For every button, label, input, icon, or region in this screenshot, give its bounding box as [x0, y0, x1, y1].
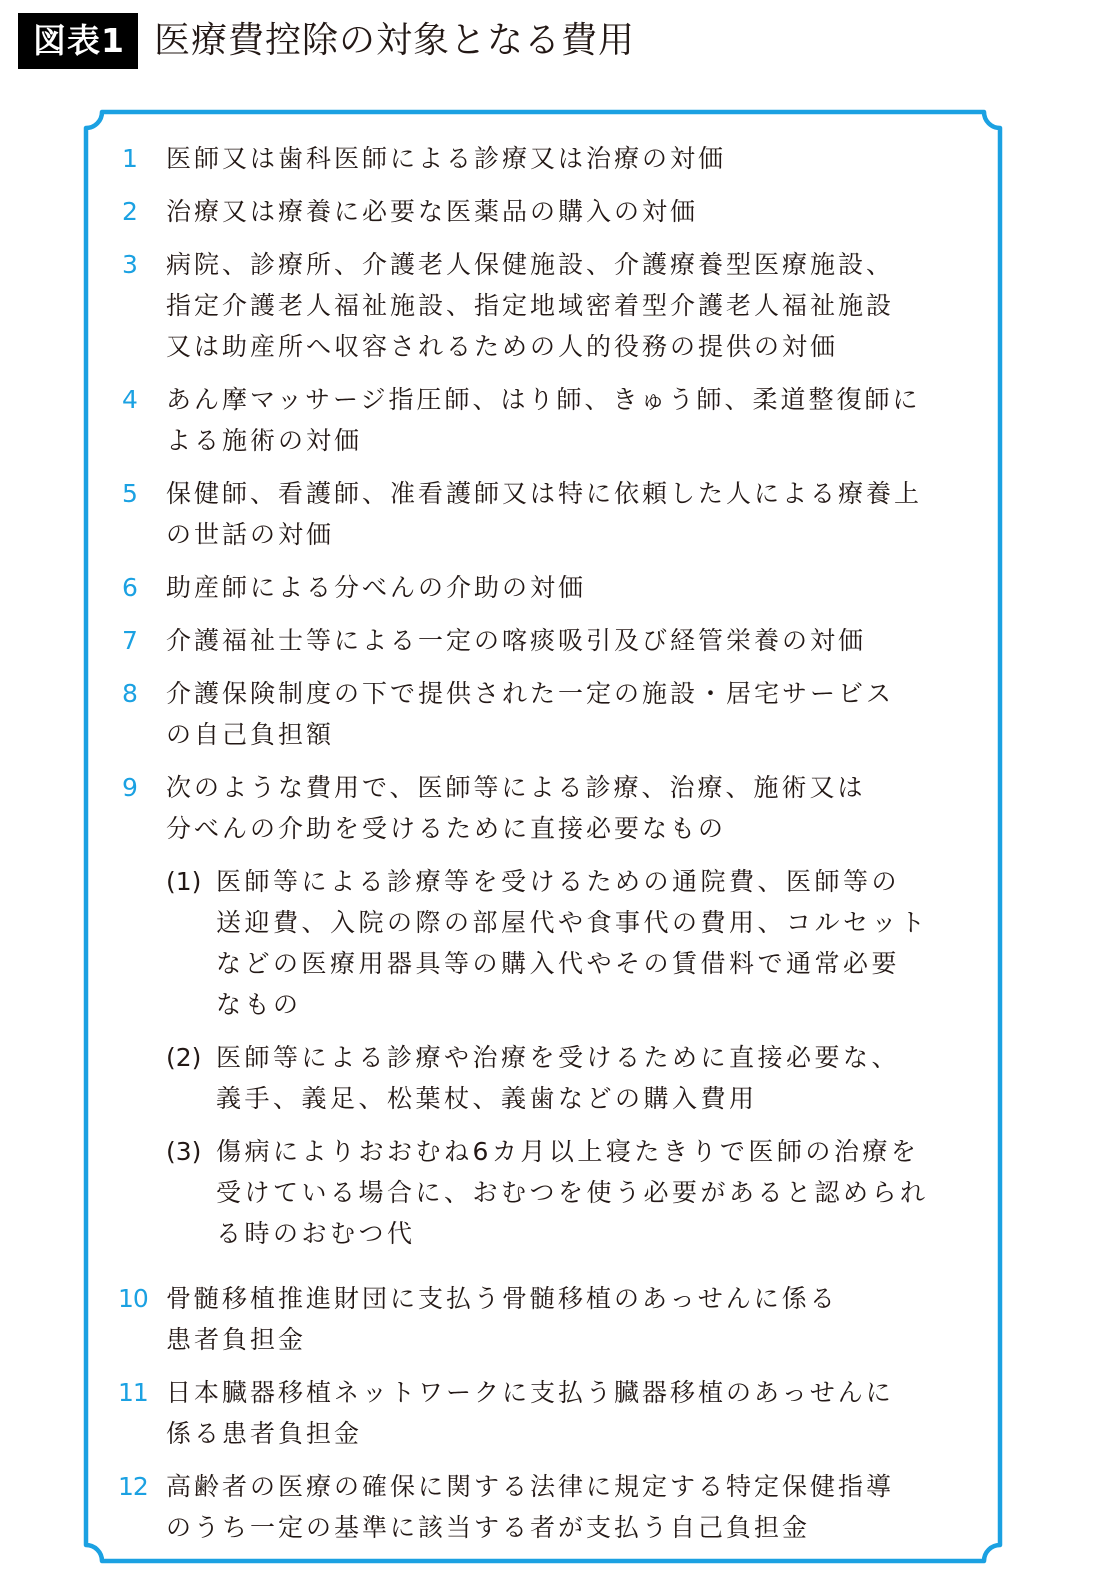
- sub-item-text: 医師等による診療や治療を受けるために直接必要な、義手、義足、松葉杖、義歯などの購…: [216, 1037, 900, 1119]
- sub-item-text-line: 受けている場合に、おむつを使う必要があると認められ: [216, 1172, 929, 1213]
- sub-item-list: (1)医師等による診療等を受けるための通院費、医師等の送迎費、入院の際の部屋代や…: [166, 861, 929, 1266]
- item-text-line: 患者負担金: [166, 1319, 838, 1360]
- sub-item-number: (2): [166, 1037, 216, 1078]
- expense-list: 1医師又は歯科医師による診療又は治療の対価2治療又は療養に必要な医薬品の購入の対…: [118, 138, 978, 1560]
- item-number: 8: [118, 673, 166, 714]
- list-item: 6助産師による分べんの介助の対価: [118, 567, 978, 608]
- sub-item: (3)傷病によりおおむね6カ月以上寝たきりで医師の治療を受けている場合に、おむつ…: [166, 1131, 929, 1254]
- sub-item: (1)医師等による診療等を受けるための通院費、医師等の送迎費、入院の際の部屋代や…: [166, 861, 929, 1025]
- item-text-line: 助産師による分べんの介助の対価: [166, 567, 586, 608]
- sub-item-text-line: 医師等による診療や治療を受けるために直接必要な、: [216, 1037, 900, 1078]
- item-text-line: 保健師、看護師、准看護師又は特に依頼した人による療養上: [166, 473, 922, 514]
- item-text: 介護保険制度の下で提供された一定の施設・居宅サービスの自己負担額: [166, 673, 894, 755]
- list-item: 3病院、診療所、介護老人保健施設、介護療養型医療施設、指定介護老人福祉施設、指定…: [118, 244, 978, 367]
- sub-item-number: (1): [166, 861, 216, 902]
- item-text: 病院、診療所、介護老人保健施設、介護療養型医療施設、指定介護老人福祉施設、指定地…: [166, 244, 894, 367]
- sub-item-text-line: 傷病によりおおむね6カ月以上寝たきりで医師の治療を: [216, 1131, 929, 1172]
- item-text-line: あん摩マッサージ指圧師、はり師、きゅう師、柔道整復師に: [166, 379, 921, 420]
- list-item: 8介護保険制度の下で提供された一定の施設・居宅サービスの自己負担額: [118, 673, 978, 755]
- item-text-line: 骨髄移植推進財団に支払う骨髄移植のあっせんに係る: [166, 1278, 838, 1319]
- list-item: 4あん摩マッサージ指圧師、はり師、きゅう師、柔道整復師による施術の対価: [118, 379, 978, 461]
- item-number: 9: [118, 767, 166, 808]
- item-text: 高齢者の医療の確保に関する法律に規定する特定保健指導のうち一定の基準に該当する者…: [166, 1466, 894, 1548]
- item-text: 助産師による分べんの介助の対価: [166, 567, 586, 608]
- list-item: 5保健師、看護師、准看護師又は特に依頼した人による療養上の世話の対価: [118, 473, 978, 555]
- item-text-line: よる施術の対価: [166, 420, 921, 461]
- item-text-line: のうち一定の基準に該当する者が支払う自己負担金: [166, 1507, 894, 1548]
- item-text-line: 治療又は療養に必要な医薬品の購入の対価: [166, 191, 698, 232]
- item-text-line: の世話の対価: [166, 514, 922, 555]
- item-number: 12: [118, 1466, 166, 1507]
- item-text-line: 介護保険制度の下で提供された一定の施設・居宅サービス: [166, 673, 894, 714]
- item-text: 介護福祉士等による一定の喀痰吸引及び経管栄養の対価: [166, 620, 866, 661]
- item-number: 4: [118, 379, 166, 420]
- item-number: 10: [118, 1278, 166, 1319]
- item-number: 5: [118, 473, 166, 514]
- item-text-line: の自己負担額: [166, 714, 894, 755]
- sub-item-text-line: 医師等による診療等を受けるための通院費、医師等の: [216, 861, 929, 902]
- item-text-line: 高齢者の医療の確保に関する法律に規定する特定保健指導: [166, 1466, 894, 1507]
- item-number: 7: [118, 620, 166, 661]
- item-text: 治療又は療養に必要な医薬品の購入の対価: [166, 191, 698, 232]
- list-item: 7介護福祉士等による一定の喀痰吸引及び経管栄養の対価: [118, 620, 978, 661]
- list-item: 12高齢者の医療の確保に関する法律に規定する特定保健指導のうち一定の基準に該当す…: [118, 1466, 978, 1548]
- sub-item-text: 医師等による診療等を受けるための通院費、医師等の送迎費、入院の際の部屋代や食事代…: [216, 861, 929, 1025]
- sub-item-text-line: 義手、義足、松葉杖、義歯などの購入費用: [216, 1078, 900, 1119]
- item-text: 医師又は歯科医師による診療又は治療の対価: [166, 138, 726, 179]
- item-text-line: 分べんの介助を受けるために直接必要なもの: [166, 808, 929, 849]
- item-number: 11: [118, 1372, 166, 1413]
- item-text-line: 係る患者負担金: [166, 1413, 894, 1454]
- item-text-line: 日本臓器移植ネットワークに支払う臓器移植のあっせんに: [166, 1372, 894, 1413]
- item-text: 骨髄移植推進財団に支払う骨髄移植のあっせんに係る患者負担金: [166, 1278, 838, 1360]
- item-text: 保健師、看護師、准看護師又は特に依頼した人による療養上の世話の対価: [166, 473, 922, 555]
- item-text-line: 次のような費用で、医師等による診療、治療、施術又は: [166, 767, 929, 808]
- list-item: 10骨髄移植推進財団に支払う骨髄移植のあっせんに係る患者負担金: [118, 1278, 978, 1360]
- sub-item-number: (3): [166, 1131, 216, 1172]
- item-text: 日本臓器移植ネットワークに支払う臓器移植のあっせんに係る患者負担金: [166, 1372, 894, 1454]
- item-text-line: 指定介護老人福祉施設、指定地域密着型介護老人福祉施設: [166, 285, 894, 326]
- item-text-line: 病院、診療所、介護老人保健施設、介護療養型医療施設、: [166, 244, 894, 285]
- sub-item-text-line: なもの: [216, 984, 929, 1025]
- sub-item-text-line: 送迎費、入院の際の部屋代や食事代の費用、コルセット: [216, 902, 929, 943]
- item-text: あん摩マッサージ指圧師、はり師、きゅう師、柔道整復師による施術の対価: [166, 379, 921, 461]
- sub-item: (2)医師等による診療や治療を受けるために直接必要な、義手、義足、松葉杖、義歯な…: [166, 1037, 929, 1119]
- list-item: 11日本臓器移植ネットワークに支払う臓器移植のあっせんに係る患者負担金: [118, 1372, 978, 1454]
- item-number: 2: [118, 191, 166, 232]
- item-number: 1: [118, 138, 166, 179]
- item-text: 次のような費用で、医師等による診療、治療、施術又は分べんの介助を受けるために直接…: [166, 767, 929, 1266]
- item-number: 3: [118, 244, 166, 285]
- item-number: 6: [118, 567, 166, 608]
- list-item: 2治療又は療養に必要な医薬品の購入の対価: [118, 191, 978, 232]
- item-text-line: 医師又は歯科医師による診療又は治療の対価: [166, 138, 726, 179]
- item-text-line: 又は助産所へ収容されるための人的役務の提供の対価: [166, 326, 894, 367]
- item-text-line: 介護福祉士等による一定の喀痰吸引及び経管栄養の対価: [166, 620, 866, 661]
- sub-item-text-line: などの医療用器具等の購入代やその賃借料で通常必要: [216, 943, 929, 984]
- list-item: 9次のような費用で、医師等による診療、治療、施術又は分べんの介助を受けるために直…: [118, 767, 978, 1266]
- sub-item-text-line: る時のおむつ代: [216, 1213, 929, 1254]
- sub-item-text: 傷病によりおおむね6カ月以上寝たきりで医師の治療を受けている場合に、おむつを使う…: [216, 1131, 929, 1254]
- list-item: 1医師又は歯科医師による診療又は治療の対価: [118, 138, 978, 179]
